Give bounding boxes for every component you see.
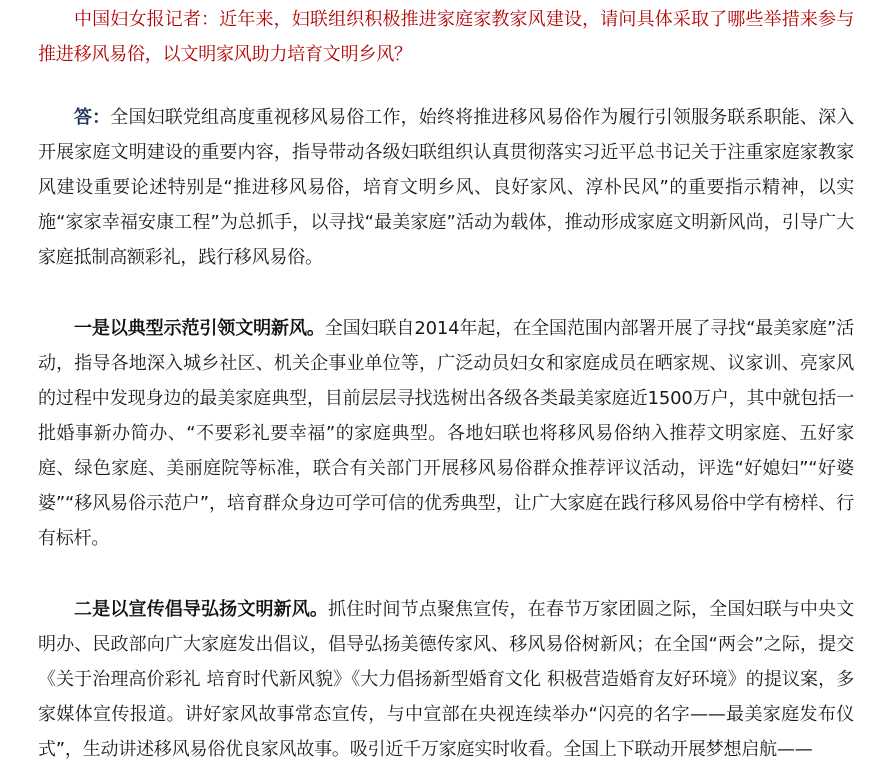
paragraph-publicity: 二是以宣传倡导弘扬文明新风。抓住时间节点聚焦宣传，在春节万家团圆之际，全国妇联与… [38, 592, 854, 767]
article-body: 中国妇女报记者：近年来，妇联组织积极推进家庭家教家风建设，请问具体采取了哪些举措… [38, 0, 854, 767]
paragraph-lead: 二是以宣传倡导弘扬文明新风。 [74, 599, 328, 620]
paragraph-text: 全国妇联自2014年起，在全国范围内部署开展了寻找“最美家庭”活动，指导各地深入… [38, 318, 854, 549]
reporter-question: 中国妇女报记者：近年来，妇联组织积极推进家庭家教家风建设，请问具体采取了哪些举措… [38, 2, 854, 72]
paragraph-lead: 一是以典型示范引领文明新风。 [74, 318, 325, 339]
paragraph-text: 抓住时间节点聚焦宣传，在春节万家团圆之际，全国妇联与中央文明办、民政部向广大家庭… [38, 599, 854, 760]
answer-label: 答： [74, 107, 110, 128]
answer-text: 全国妇联党组高度重视移风易俗工作，始终将推进移风易俗作为履行引领服务联系职能、深… [38, 107, 854, 268]
paragraph-typical-examples: 一是以典型示范引领文明新风。全国妇联自2014年起，在全国范围内部署开展了寻找“… [38, 311, 854, 556]
answer-paragraph: 答：全国妇联党组高度重视移风易俗工作，始终将推进移风易俗作为履行引领服务联系职能… [38, 100, 854, 275]
